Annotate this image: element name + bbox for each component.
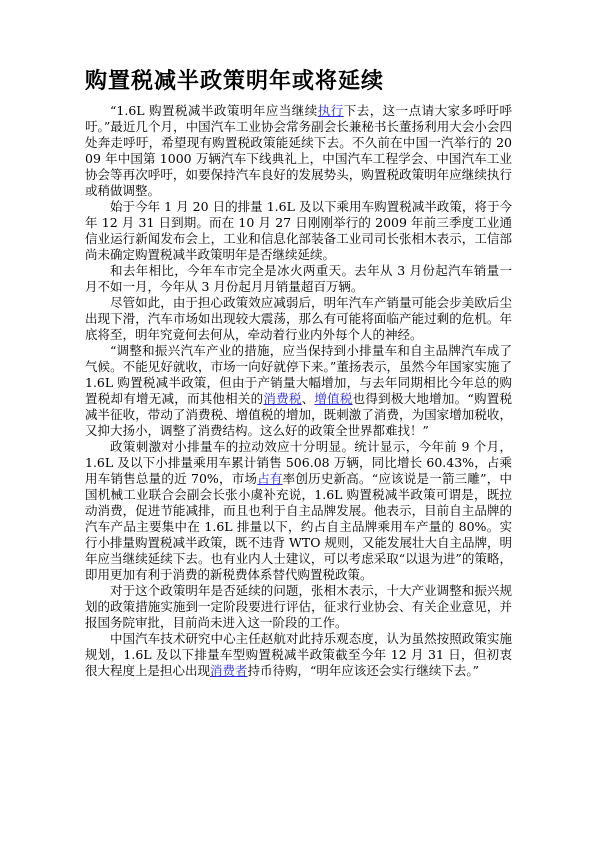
paragraph: 始于今年 1 月 20 日的排量 1.6L 及以下乘用车购置税减半政策，将于今年… bbox=[85, 199, 512, 263]
text-run: “1.6L 购置税减半政策明年应当继续 bbox=[110, 103, 318, 118]
inline-link[interactable]: 增值税 bbox=[314, 391, 352, 406]
inline-link[interactable]: 消费税 bbox=[263, 391, 301, 406]
document-page: 购置税减半政策明年或将延续 “1.6L 购置税减半政策明年应当继续执行下去，这一… bbox=[0, 0, 595, 842]
text-run: 持币待购，“明年应该还会实行继续下去。” bbox=[248, 663, 480, 678]
article-title: 购置税减半政策明年或将延续 bbox=[85, 66, 512, 96]
paragraph: “调整和振兴汽车产业的措施，应当保持到小排量车和自主品牌汽车成了气候。不能见好就… bbox=[85, 343, 512, 439]
text-run: 对于这个政策明年是否延续的问题，张相木表示，十大产业调整和振兴规划的政策措施实施… bbox=[85, 583, 512, 630]
paragraph: 和去年相比，今年车市完全是冰火两重天。去年从 3 月份起汽车销量一月不如一月，今… bbox=[85, 263, 512, 295]
inline-link[interactable]: 执行 bbox=[318, 103, 344, 118]
text-run: 尽管如此，由于担心政策效应减弱后，明年汽车产销量可能会步美欧后尘出现下滑，汽车市… bbox=[85, 295, 512, 342]
inline-link[interactable]: 消费者 bbox=[210, 663, 248, 678]
text-run: 始于今年 1 月 20 日的排量 1.6L 及以下乘用车购置税减半政策，将于今年… bbox=[85, 199, 512, 262]
paragraph: 对于这个政策明年是否延续的问题，张相木表示，十大产业调整和振兴规划的政策措施实施… bbox=[85, 583, 512, 631]
paragraph: “1.6L 购置税减半政策明年应当继续执行下去，这一点请大家多呼吁呼吁。”最近几… bbox=[85, 103, 512, 199]
text-run: 和去年相比，今年车市完全是冰火两重天。去年从 3 月份起汽车销量一月不如一月，今… bbox=[85, 263, 512, 294]
paragraph: 政策刺激对小排量车的拉动效应十分明显。统计显示，今年前 9 个月，1.6L 及以… bbox=[85, 439, 512, 583]
paragraph: 中国汽车技术研究中心主任赵航对此持乐观态度，认为虽然按照政策实施规划，1.6L … bbox=[85, 631, 512, 679]
inline-link[interactable]: 占有 bbox=[257, 471, 282, 486]
text-run: 、 bbox=[302, 391, 315, 406]
text-run: 率创历史新高。“应该说是一箭三雕”，中国机械工业联合会副会长张小虞补充说，1.6… bbox=[85, 471, 512, 582]
paragraph: 尽管如此，由于担心政策效应减弱后，明年汽车产销量可能会步美欧后尘出现下滑，汽车市… bbox=[85, 295, 512, 343]
article-body: “1.6L 购置税减半政策明年应当继续执行下去，这一点请大家多呼吁呼吁。”最近几… bbox=[85, 103, 512, 679]
